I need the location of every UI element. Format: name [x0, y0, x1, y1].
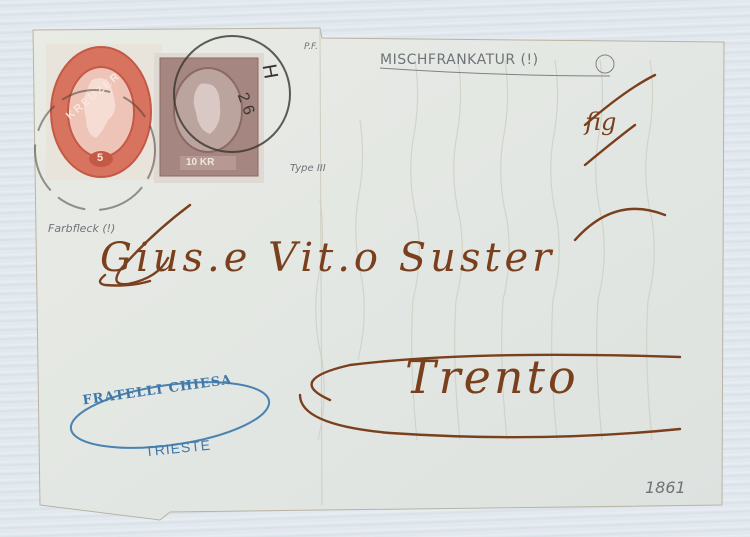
stamp-5-kreuzer-value: 5 — [97, 152, 103, 164]
stamp-10-kreuzer-value: 10 KR — [186, 157, 214, 168]
address-annotation: fig — [585, 108, 616, 136]
postal-cover: KREUZER 5 10 KR H 2 6 P.F. MISCHFRANKATU… — [0, 0, 750, 537]
note-year: 1861 — [645, 478, 686, 497]
note-mischfrankatur: MISCHFRANKATUR (!) — [380, 52, 539, 68]
note-type: Type III — [290, 163, 326, 174]
address-line-2: Trento — [405, 350, 579, 404]
address-line-1: Gius.e Vit.o Suster — [100, 235, 555, 281]
note-farbfleck: Farbfleck (!) — [48, 222, 115, 235]
note-pf: P.F. — [304, 42, 318, 52]
